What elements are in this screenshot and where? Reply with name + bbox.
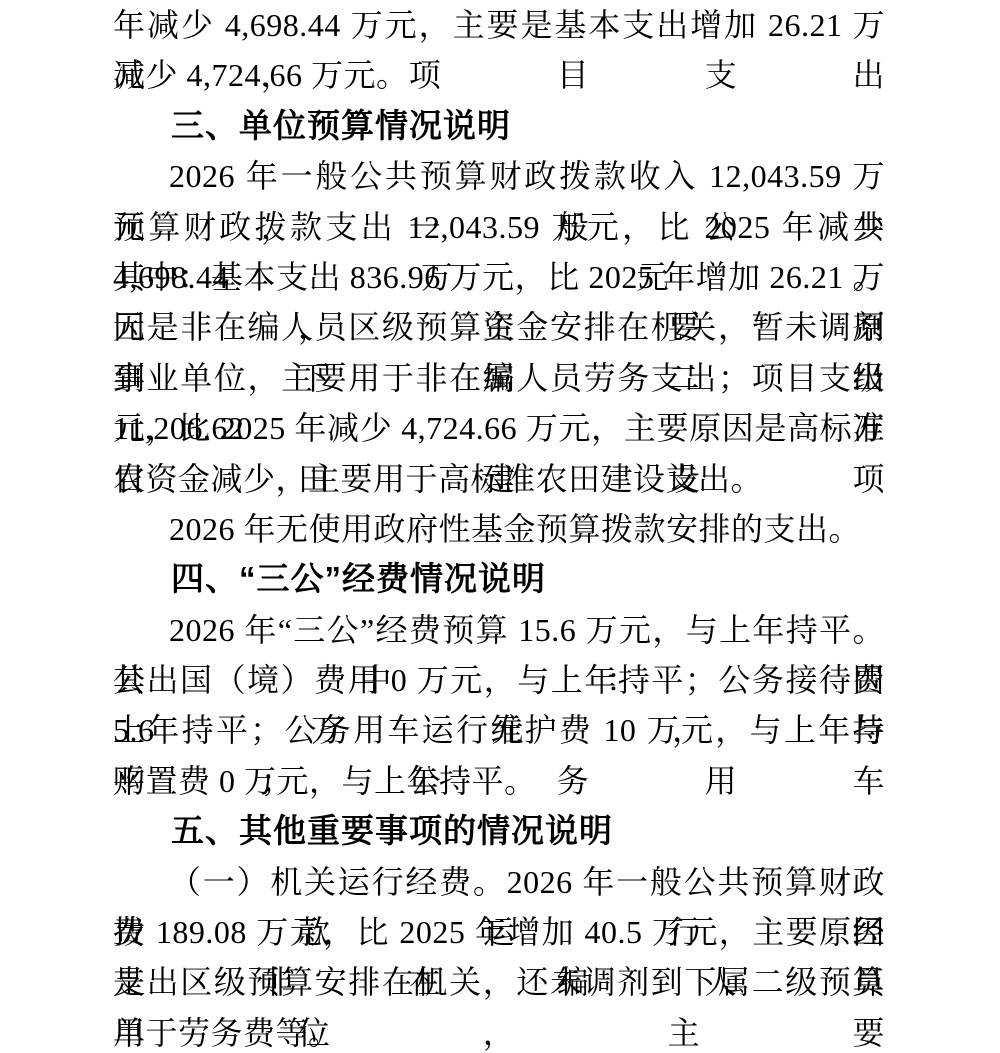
heading-section-5: 五、其他重要事项的情况说明 [113, 806, 885, 856]
text-line: 2026 年“三公”经费预算 15.6 万元，与上年持平。其中：因 [113, 605, 885, 655]
text-line: （一）机关运行经费。2026 年一般公共预算财政拨款运行经 [113, 857, 885, 907]
text-line: 预算财政拨款支出 12,043.59 万元，比 2025 年减少 4,698.4… [113, 202, 885, 252]
heading-section-4: 四、“三公”经费情况说明 [113, 554, 885, 604]
text-line: 公出国（境）费用 0 万元，与上年持平；公务接待费 5.6 万元，与 [113, 655, 885, 705]
text-line: 年减少 4,698.44 万元，主要是基本支出增加 26.21 万元，项目支出 [113, 0, 885, 50]
text-line: 事业单位，主要用于非在编人员劳务支出；项目支出 11,206.62 万 [113, 353, 885, 403]
heading-section-3: 三、单位预算情况说明 [113, 101, 885, 151]
text-column: 年减少 4,698.44 万元，主要是基本支出增加 26.21 万元，项目支出 … [113, 0, 885, 1053]
text-line: 其中：基本支出 836.96 万元，比 2025 年增加 26.21 万元，主要… [113, 252, 885, 302]
document-page: 年减少 4,698.44 万元，主要是基本支出增加 26.21 万元，项目支出 … [0, 0, 1000, 1053]
text-line: 费 189.08 万元，比 2025 年增加 40.5 万元，主要原因是非在编人… [113, 907, 885, 957]
text-line: 因是非在编人员区级预算资金安排在机关，暂未调剂到下属二级 [113, 302, 885, 352]
text-line: 支出区级预算安排在机关，还未调剂到下属二级预算单位，主要 [113, 957, 885, 1007]
text-line: 2026 年一般公共预算财政拨款收入 12,043.59 万元，一般公共 [113, 151, 885, 201]
text-line: 上年持平；公务用车运行维护费 10 万元，与上年持平；公务用车 [113, 705, 885, 755]
text-line: 元，比 2025 年减少 4,724.66 万元，主要原因是高标准农田建设项 [113, 403, 885, 453]
text-line: 2026 年无使用政府性基金预算拨款安排的支出。 [113, 504, 885, 554]
